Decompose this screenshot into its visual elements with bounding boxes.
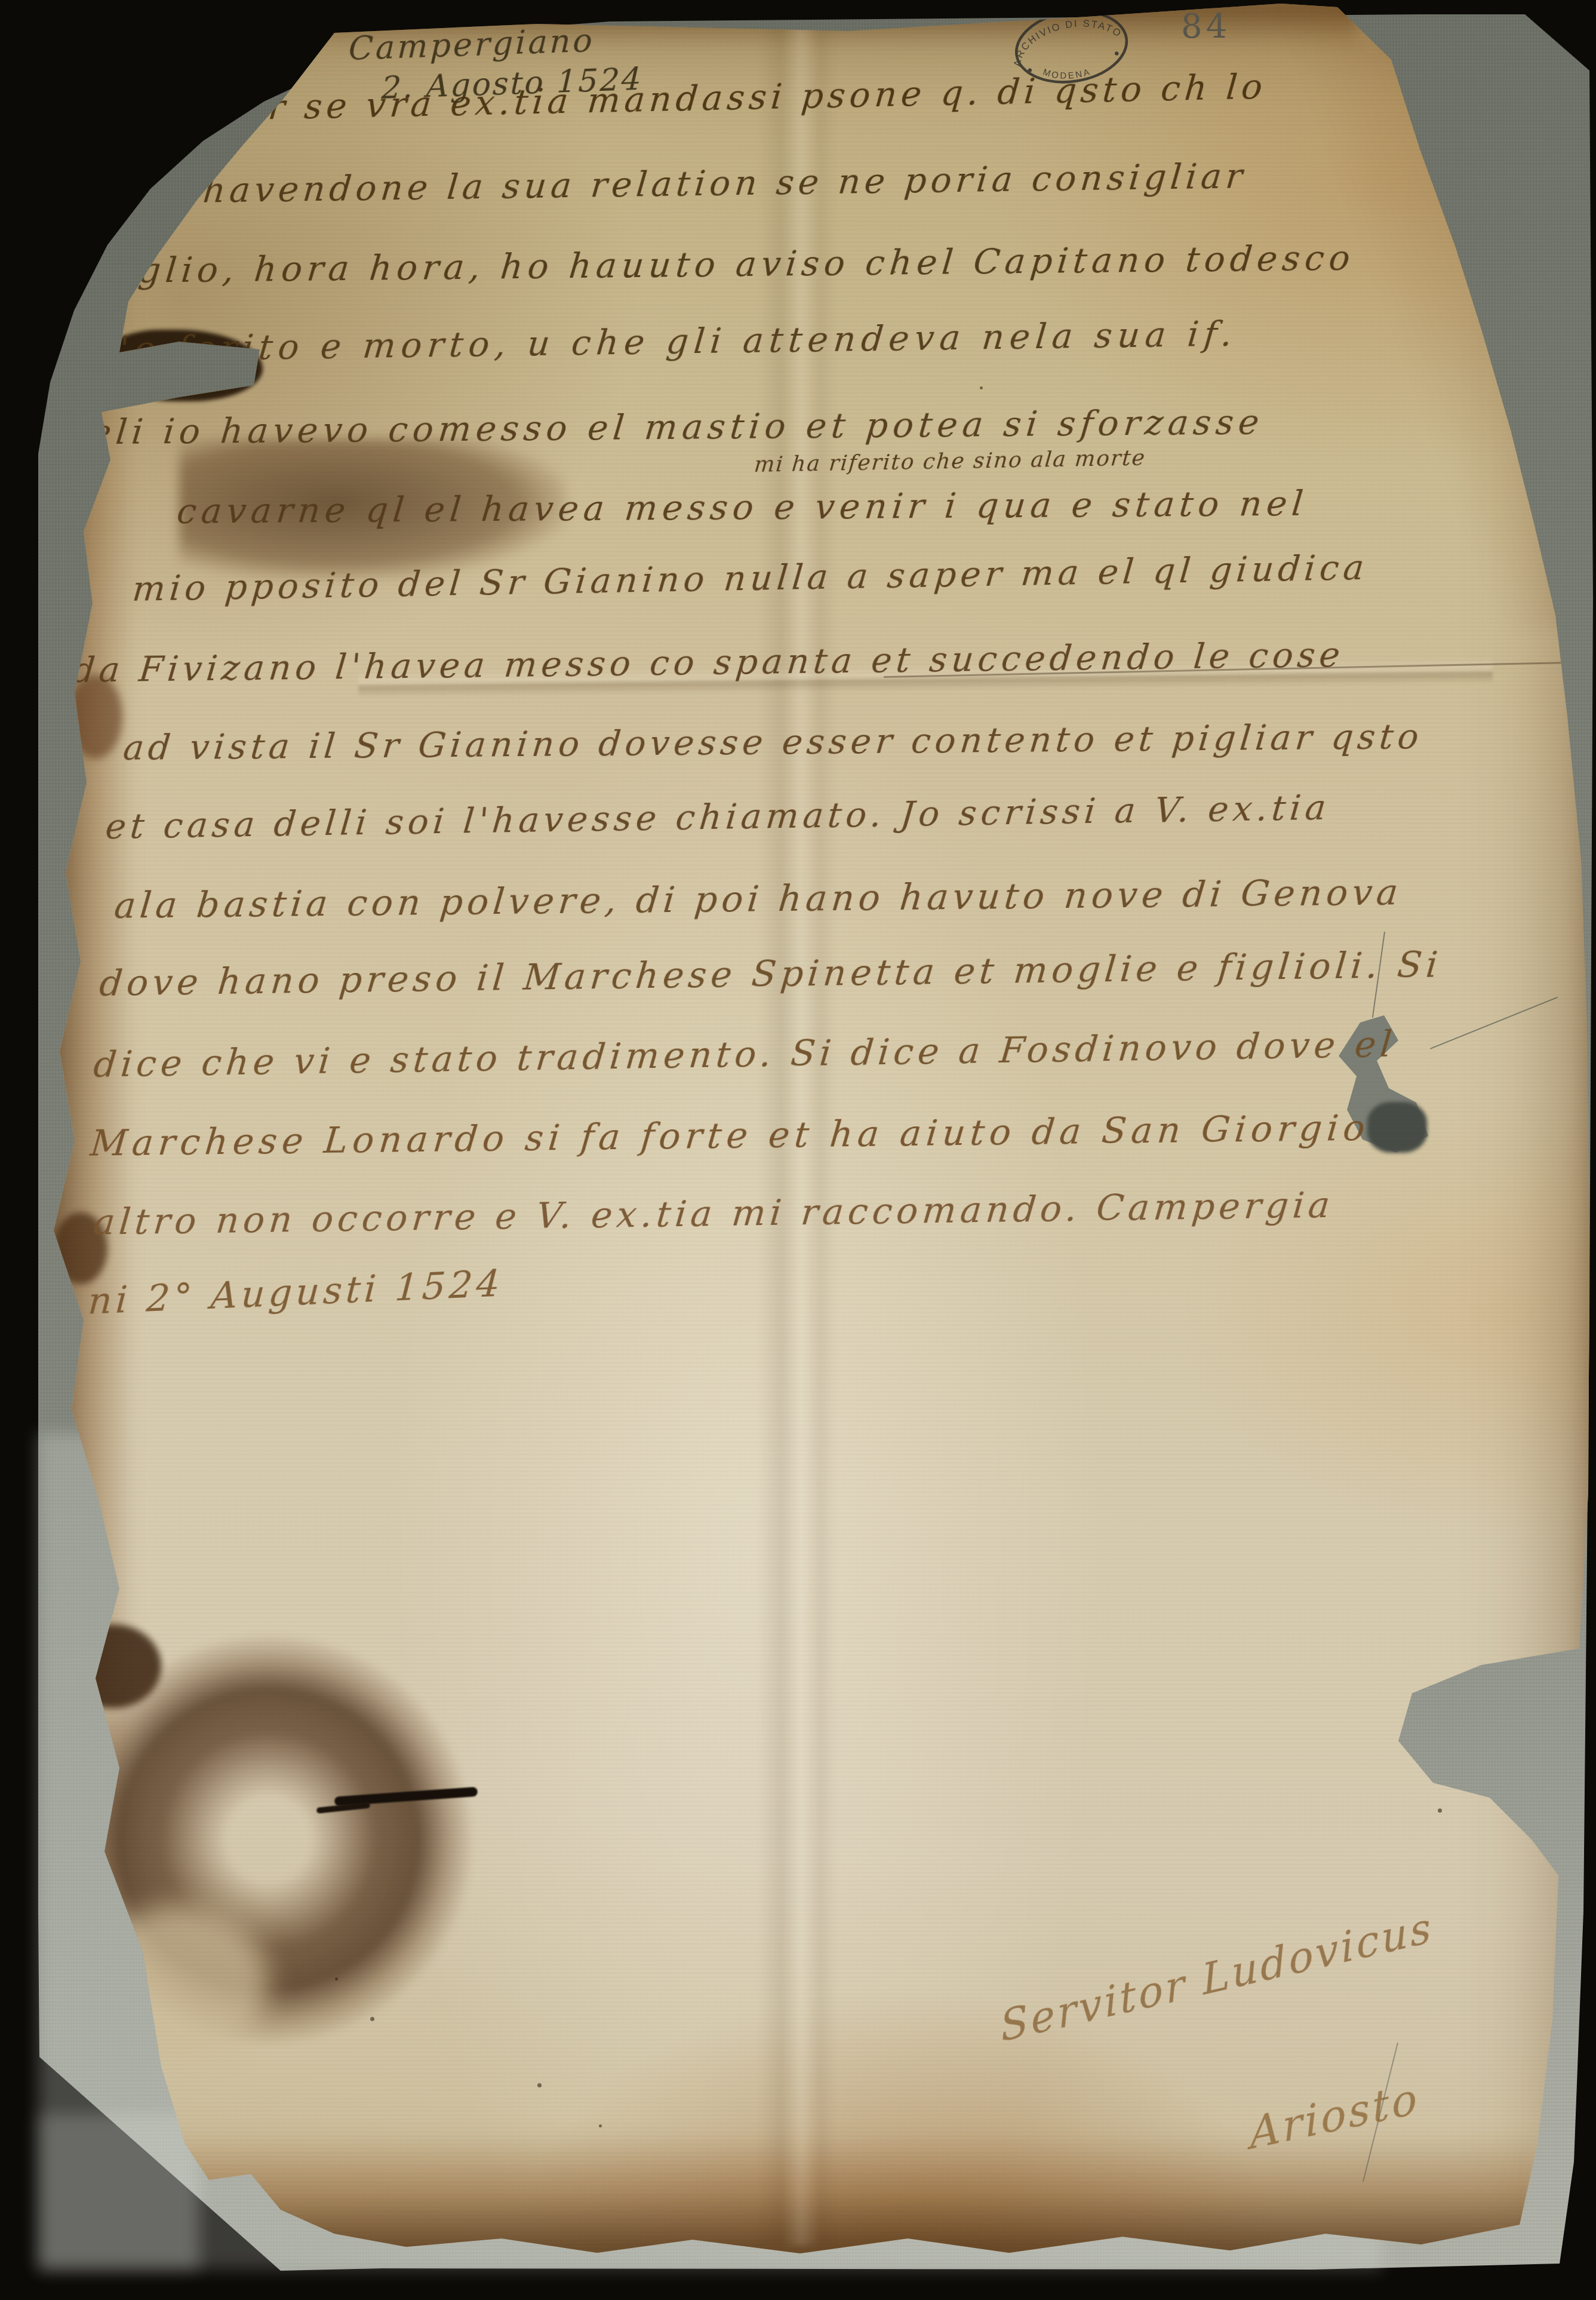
vertical-fold bbox=[758, 12, 836, 2246]
signature-line-2: Ariosto bbox=[1248, 2072, 1421, 2159]
stamp-dot bbox=[1115, 51, 1119, 56]
stamp-dot bbox=[1028, 68, 1032, 72]
letter-line: deli io havevo comesso el mastio et pote… bbox=[61, 401, 1265, 453]
interlinear-insertion: mi ha riferito che sino ala morte bbox=[753, 446, 1146, 478]
letter-line: mio pposito del Sr Gianino nulla a saper… bbox=[131, 547, 1370, 609]
signature-line-1: Servitor Ludovicus bbox=[998, 1902, 1435, 2052]
letter-line: et casa delli soi l'havesse chiamato. Jo… bbox=[104, 787, 1332, 847]
letter-dateline: ni 2° Augusti 1524 bbox=[87, 1261, 505, 1324]
stamp-oval bbox=[1011, 4, 1132, 90]
svg-text:MODENA: MODENA bbox=[1040, 60, 1093, 85]
letter-line: ala bastia con polvere, di poi hano havu… bbox=[112, 871, 1404, 927]
fox-specks bbox=[537, 2083, 542, 2087]
tear-hole bbox=[0, 0, 1596, 2300]
letter-line: Marchese Lonardo si fa forte et ha aiuto… bbox=[88, 1107, 1371, 1165]
crease-crack bbox=[884, 662, 1570, 678]
tear-crack bbox=[1430, 997, 1558, 1049]
paper-slit bbox=[334, 1787, 478, 1807]
letter-line: dove hano preso il Marchese Spinetta et … bbox=[98, 944, 1444, 1005]
stamp-text-bottom: MODENA bbox=[1040, 60, 1093, 85]
surface-crack bbox=[1363, 2043, 1398, 2182]
letter-line: ad vista il Sr Gianino dovesse esser con… bbox=[121, 716, 1425, 768]
paper-slit bbox=[316, 1802, 371, 1813]
burn-blotch bbox=[179, 439, 567, 579]
manuscript-page: Campergiano 2. Agosto 1524 84 ARCHIVIO D… bbox=[0, 0, 1596, 2300]
tear-crack bbox=[1372, 932, 1385, 1018]
letter-line: peso. pur se vra ex.tia mandassi psone q… bbox=[86, 66, 1268, 131]
archivist-annotation-place: Campergiano bbox=[348, 22, 595, 68]
archive-stamp: ARCHIVIO DI STATO MODENA bbox=[1003, 0, 1142, 100]
folio-page-number: 84 bbox=[1181, 7, 1231, 46]
archivist-annotation-date: 2. Agosto 1524 bbox=[381, 62, 644, 106]
letter-line: cavarne ql el havea messo e venir i qua … bbox=[175, 483, 1309, 532]
horizontal-crease bbox=[358, 657, 1493, 697]
letter-line: dimo. havendone la sua relation se ne po… bbox=[68, 155, 1248, 213]
letter-line: da Fivizano l'havea messo co spanta et s… bbox=[71, 634, 1346, 690]
letter-line: altro non occorre e V. ex.tia mi raccoma… bbox=[92, 1184, 1336, 1243]
letter-line: meglio, hora hora, ho hauuto aviso chel … bbox=[74, 238, 1357, 292]
scan-photo: Campergiano 2. Agosto 1524 84 ARCHIVIO D… bbox=[0, 0, 1596, 2300]
tear-hole-shadow bbox=[1367, 1102, 1427, 1153]
letter-line: dice che vi e stato tradimento. Si dice … bbox=[92, 1024, 1398, 1086]
